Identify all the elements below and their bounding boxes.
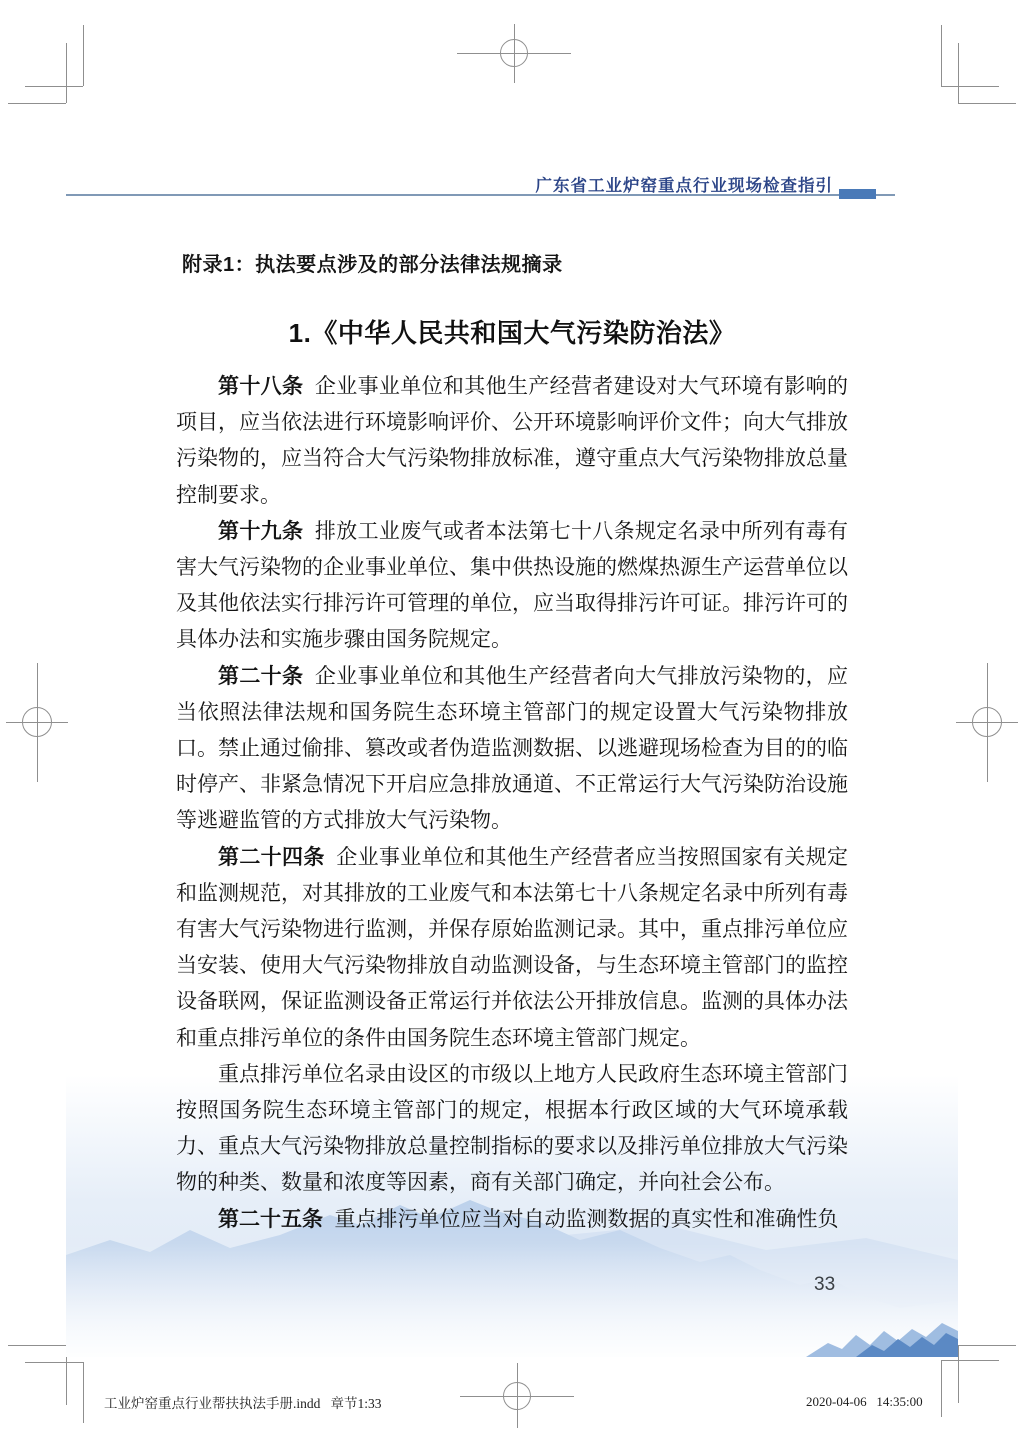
legal-paragraph: 重点排污单位名录由设区的市级以上地方人民政府生态环境主管部门按照国务院生态环境主… <box>176 1057 848 1202</box>
appendix-heading: 附录1：执法要点涉及的部分法律法规摘录 <box>182 248 563 277</box>
legal-text-body: 第十八条企业事业单位和其他生产经营者建设对大气环境有影响的项目，应当依法进行环境… <box>176 369 848 1238</box>
article-text: 重点排污单位名录由设区的市级以上地方人民政府生态环境主管部门按照国务院生态环境主… <box>176 1063 848 1195</box>
footer-datetime: 2020-04-06 14:35:00 <box>806 1394 923 1410</box>
legal-paragraph: 第二十条企业事业单位和其他生产经营者向大气排放污染物的，应当依照法律法规和国务院… <box>176 659 848 840</box>
article-text: 企业事业单位和其他生产经营者应当按照国家有关规定和监测规范，对其排放的工业废气和… <box>176 846 848 1050</box>
article-label: 第二十四条 <box>218 846 325 869</box>
legal-paragraph: 第二十五条重点排污单位应当对自动监测数据的真实性和准确性负 <box>176 1202 848 1238</box>
running-head-title: 广东省工业炉窑重点行业现场检查指引 <box>536 172 834 196</box>
page-number: 33 <box>814 1274 835 1296</box>
article-text: 重点排污单位应当对自动监测数据的真实性和准确性负 <box>335 1208 839 1231</box>
law-title: 1.《中华人民共和国大气污染防治法》 <box>176 313 848 350</box>
header-accent-bar <box>839 189 876 199</box>
article-label: 第二十五条 <box>218 1208 323 1231</box>
article-label: 第十八条 <box>218 375 303 398</box>
article-label: 第十九条 <box>218 520 303 543</box>
legal-paragraph: 第十八条企业事业单位和其他生产经营者建设对大气环境有影响的项目，应当依法进行环境… <box>176 369 848 514</box>
legal-paragraph: 第二十四条企业事业单位和其他生产经营者应当按照国家有关规定和监测规范，对其排放的… <box>176 840 848 1057</box>
article-label: 第二十条 <box>218 665 303 688</box>
document-page: 广东省工业炉窑重点行业现场检查指引 附录1：执法要点涉及的部分法律法规摘录 1.… <box>0 0 1024 1448</box>
legal-paragraph: 第十九条排放工业废气或者本法第七十八条规定名录中所列有毒有害大气污染物的企业事业… <box>176 514 848 659</box>
footer-filename: 工业炉窑重点行业帮扶执法手册.indd 章节1:33 <box>104 1392 382 1412</box>
article-text: 企业事业单位和其他生产经营者向大气排放污染物的，应当依照法律法规和国务院生态环境… <box>176 665 848 833</box>
